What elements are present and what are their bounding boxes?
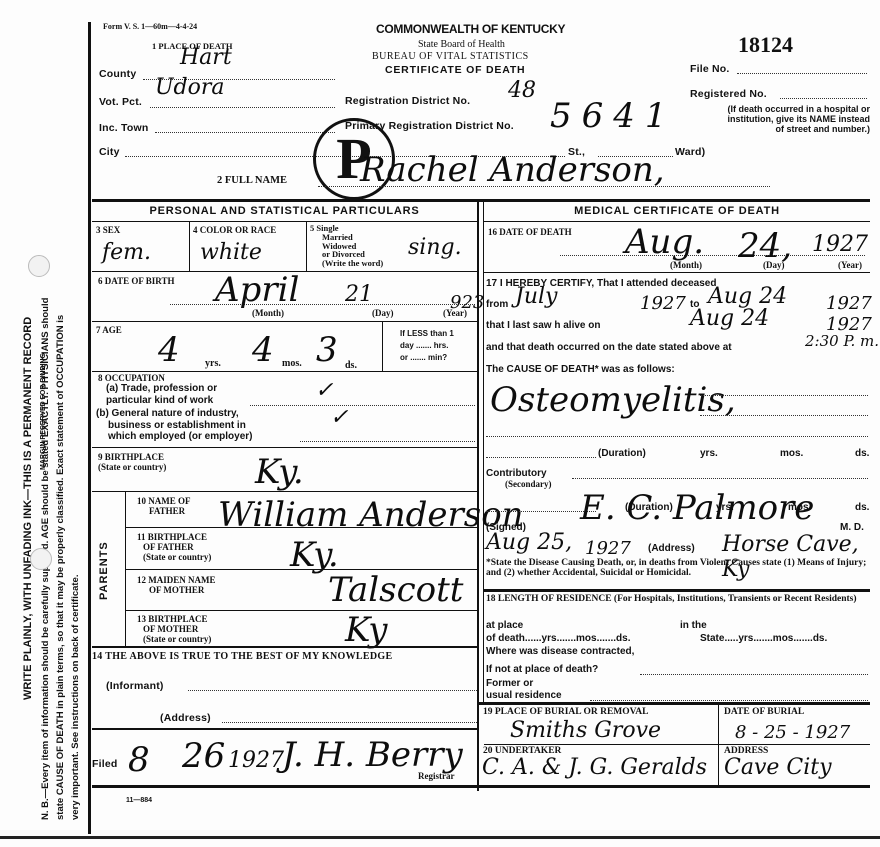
from-year: 1927 bbox=[640, 293, 686, 314]
commonwealth-title: COMMONWEALTH OF KENTUCKY bbox=[376, 22, 565, 36]
column-divider-inner bbox=[483, 199, 484, 702]
cell-divider bbox=[382, 321, 383, 371]
marital-value: sing. bbox=[408, 235, 462, 260]
mother-bp-label-3: (State or country) bbox=[137, 634, 211, 644]
dob-month: April bbox=[215, 270, 299, 310]
file-number-value: 18124 bbox=[738, 32, 793, 58]
cause-line bbox=[700, 395, 868, 396]
inc-town-label: Inc. Town bbox=[99, 122, 148, 134]
cause-line bbox=[700, 415, 868, 416]
vot-pct-label: Vot. Pct. bbox=[99, 96, 142, 108]
of-death-line: of death......yrs.......mos.......ds. bbox=[486, 633, 630, 644]
burial-place-value: Smiths Grove bbox=[510, 718, 661, 743]
page-bottom-edge bbox=[0, 836, 880, 839]
contributory-line bbox=[572, 478, 868, 479]
medical-section-title: MEDICAL CERTIFICATE OF DEATH bbox=[484, 205, 870, 217]
left-border bbox=[88, 22, 91, 834]
full-name-label: 2 FULL NAME bbox=[217, 175, 287, 186]
county-label: County bbox=[99, 68, 136, 80]
burial-place-label: 19 PLACE OF BURIAL OR REMOVAL bbox=[483, 707, 648, 717]
sex-label: 3 SEX bbox=[96, 225, 120, 235]
occ-a-line bbox=[250, 405, 475, 406]
father-label: 10 NAME OF FATHER bbox=[137, 496, 191, 516]
days-label: ds. bbox=[345, 360, 357, 371]
day-caption: (Day) bbox=[372, 308, 394, 318]
in-the-label: in the bbox=[680, 620, 707, 631]
signed-date: Aug 25, bbox=[486, 530, 572, 555]
state-line: State.....yrs.......mos.......ds. bbox=[700, 633, 827, 644]
informant-address-line bbox=[222, 722, 477, 723]
cell-divider bbox=[718, 704, 719, 786]
contributory-label: Contributory bbox=[486, 468, 547, 479]
filed-day: 26 bbox=[182, 736, 225, 776]
bottom-border bbox=[92, 785, 870, 788]
to-year: 1927 bbox=[826, 293, 872, 314]
month-caption: (Month) bbox=[252, 308, 284, 318]
marital-status-label: 5 Single Married Widowed or Divorced (Wr… bbox=[310, 224, 383, 268]
age-months: 4 bbox=[252, 330, 274, 370]
secondary-label: (Secondary) bbox=[505, 479, 552, 489]
father-bp-label-1: 11 BIRTHPLACE bbox=[137, 532, 211, 542]
vot-pct-value: Udora bbox=[155, 75, 225, 100]
cause-footnote: *State the Disease Causing Death, or, in… bbox=[486, 558, 870, 578]
file-number-line bbox=[737, 73, 867, 74]
city-label: City bbox=[99, 146, 120, 158]
occ-b-line-2: business or establishment in bbox=[96, 420, 252, 432]
father-birthplace-label: 11 BIRTHPLACE OF FATHER (State or countr… bbox=[137, 532, 211, 562]
occupation-label: 8 OCCUPATION bbox=[98, 373, 165, 383]
vot-pct-line bbox=[150, 107, 335, 108]
from-value: July bbox=[515, 284, 557, 309]
occ-b-line-1: (b) General nature of industry, bbox=[96, 408, 252, 420]
birthplace-hint: (State or country) bbox=[98, 462, 166, 472]
permanent-record-warning: WRITE PLAINLY, WITH UNFADING INK—THIS IS… bbox=[22, 317, 34, 700]
mother-birthplace-label: 13 BIRTHPLACE OF MOTHER (State or countr… bbox=[137, 614, 211, 644]
informant-address-label: (Address) bbox=[160, 712, 211, 724]
mother-label-2: OF MOTHER bbox=[137, 585, 216, 595]
mother-label-1: 12 MAIDEN NAME bbox=[137, 575, 216, 585]
duration-ds: ds. bbox=[855, 448, 869, 459]
burial-date-label: DATE OF BURIAL bbox=[724, 707, 804, 717]
usual-residence-line bbox=[590, 700, 868, 701]
physician-address-label: (Address) bbox=[648, 543, 695, 554]
where-contracted-label: Where was disease contracted, bbox=[486, 646, 634, 657]
row-line bbox=[125, 527, 477, 528]
sex-value: fem. bbox=[102, 240, 151, 265]
county-value: Hart bbox=[180, 45, 232, 70]
age-days: 3 bbox=[316, 330, 338, 370]
mother-label: 12 MAIDEN NAME OF MOTHER bbox=[137, 575, 216, 595]
row-line bbox=[125, 610, 477, 611]
undertaker-address-value: Cave City bbox=[724, 755, 832, 780]
row-line bbox=[484, 589, 870, 592]
birthplace-value: Ky. bbox=[255, 452, 304, 492]
dod-year-caption: (Year) bbox=[838, 260, 862, 270]
row-line bbox=[484, 272, 870, 273]
form-number: Form V. S. 1—60m—4-4-24 bbox=[103, 22, 197, 31]
months-label: mos. bbox=[282, 358, 302, 369]
row-line bbox=[92, 646, 477, 648]
former-label: Former or bbox=[486, 678, 533, 689]
occ-b-line-3: which employed (or employer) bbox=[96, 431, 252, 443]
birthplace-label: 9 BIRTHPLACE (State or country) bbox=[98, 452, 166, 472]
dod-month-caption: (Month) bbox=[670, 260, 702, 270]
occupation-b-value: ✓ bbox=[330, 405, 348, 430]
registration-district-label: Registration District No. bbox=[345, 95, 470, 107]
death-time-value: 2:30 P. m. bbox=[805, 332, 879, 350]
death-month: Aug. bbox=[625, 222, 704, 262]
if-not-line bbox=[640, 674, 868, 675]
last-saw-label: that I last saw h alive on bbox=[486, 320, 600, 331]
informant-label: (Informant) bbox=[106, 680, 164, 692]
occ-a-line-2: particular kind of work bbox=[106, 395, 217, 407]
at-place-label: at place bbox=[486, 620, 523, 631]
occupation-b-label: (b) General nature of industry, business… bbox=[96, 408, 252, 443]
cause-of-death-label: The CAUSE OF DEATH* was as follows: bbox=[486, 364, 675, 375]
occupation-a-label: (a) Trade, profession or particular kind… bbox=[106, 383, 217, 406]
dob-label: 6 DATE OF BIRTH bbox=[98, 276, 174, 286]
race-value: white bbox=[200, 240, 262, 265]
bureau-title: BUREAU OF VITAL STATISTICS bbox=[372, 51, 529, 62]
punch-hole-icon bbox=[28, 255, 50, 277]
occ-b-line bbox=[300, 441, 475, 442]
cause-of-death-value: Osteomyelitis, bbox=[490, 380, 736, 420]
if-not-label: If not at place of death? bbox=[486, 664, 598, 675]
undertaker-value: C. A. & J. G. Geralds bbox=[482, 755, 707, 780]
from-label: from bbox=[486, 299, 508, 310]
ward-label: Ward) bbox=[675, 146, 705, 158]
cell-divider bbox=[189, 221, 190, 271]
certificate-title: CERTIFICATE OF DEATH bbox=[385, 64, 525, 76]
age-label: 7 AGE bbox=[96, 325, 122, 335]
marital-hint: (Write the word) bbox=[310, 259, 383, 268]
dob-day: 21 bbox=[345, 282, 373, 307]
birthplace-title: 9 BIRTHPLACE bbox=[98, 452, 166, 462]
row-line bbox=[92, 221, 477, 222]
father-label-1: 10 NAME OF bbox=[137, 496, 191, 506]
row-line bbox=[92, 728, 477, 730]
filed-month: 8 bbox=[128, 740, 150, 780]
parents-label: PARENTS bbox=[98, 541, 110, 600]
registrar-label: Registrar bbox=[418, 771, 454, 781]
death-certificate: MARGIN RESERVED FOR BINDING WRITE PLAINL… bbox=[0, 0, 880, 847]
death-year: 1927 bbox=[812, 232, 868, 257]
mother-maiden-name-value: Talscott bbox=[328, 570, 463, 610]
personal-section-title: PERSONAL AND STATISTICAL PARTICULARS bbox=[92, 205, 477, 217]
duration-mos: mos. bbox=[780, 448, 803, 459]
row-line bbox=[92, 371, 477, 372]
father-bp-label-2: OF FATHER bbox=[137, 542, 211, 552]
last-saw-value: Aug 24 bbox=[690, 306, 769, 331]
mother-bp-label-1: 13 BIRTHPLACE bbox=[137, 614, 211, 624]
instruction-note-2: state CAUSE OF DEATH in plain terms, so … bbox=[55, 315, 66, 820]
signed-year: 1927 bbox=[585, 538, 631, 559]
duration-line bbox=[486, 457, 596, 458]
less-than-line-2: day ....... hrs. bbox=[400, 340, 454, 352]
hospital-note: (If death occurred in a hospital or inst… bbox=[725, 104, 870, 134]
dod-day-caption: (Day) bbox=[763, 260, 785, 270]
filed-label: Filed bbox=[92, 758, 118, 770]
full-name-value: Rachel Anderson, bbox=[360, 150, 665, 190]
row-line bbox=[92, 491, 477, 492]
burial-date-value: 8 - 25 - 1927 bbox=[735, 722, 850, 743]
duration-yrs: yrs. bbox=[700, 448, 718, 459]
registered-number-label: Registered No. bbox=[690, 88, 767, 100]
cell-divider bbox=[306, 221, 307, 271]
usual-residence-label: usual residence bbox=[486, 690, 562, 701]
true-statement: 14 THE ABOVE IS TRUE TO THE BEST OF MY K… bbox=[92, 651, 392, 662]
row-line bbox=[92, 447, 477, 448]
registrar-signature: J. H. Berry bbox=[282, 735, 463, 775]
instruction-note-3: very important. See instructions on back… bbox=[70, 575, 81, 820]
row-line bbox=[92, 321, 477, 322]
occ-a-line-1: (a) Trade, profession or bbox=[106, 383, 217, 395]
informant-line bbox=[188, 690, 477, 691]
duration-label: (Duration) bbox=[598, 448, 646, 459]
filed-year: 1927 bbox=[228, 748, 284, 773]
father-name-value: William Anderson bbox=[218, 495, 524, 535]
mother-bp-label-2: OF MOTHER bbox=[137, 624, 211, 634]
date-of-death-label: 16 DATE OF DEATH bbox=[488, 227, 572, 237]
footer-code: 11—884 bbox=[126, 797, 152, 804]
file-number-label: File No. bbox=[690, 63, 730, 75]
row-line bbox=[478, 702, 870, 705]
mother-birthplace-value: Ky bbox=[345, 610, 387, 650]
physician-signature: E. C. Palmore bbox=[580, 488, 814, 528]
father-bp-label-3: (State or country) bbox=[137, 552, 211, 562]
race-label: 4 COLOR OR RACE bbox=[193, 225, 276, 235]
years-label: yrs. bbox=[205, 358, 221, 369]
registration-district-value: 48 bbox=[508, 78, 536, 103]
less-than-line-3: or ....... min? bbox=[400, 352, 454, 364]
cause-line bbox=[486, 436, 868, 437]
residence-label: 18 LENGTH OF RESIDENCE (For Hospitals, I… bbox=[486, 593, 870, 605]
occupation-a-value: ✓ bbox=[315, 378, 333, 403]
board-of-health: State Board of Health bbox=[418, 39, 505, 50]
duration-ds-2: ds. bbox=[855, 502, 869, 513]
section-divider bbox=[92, 199, 870, 202]
punch-hole-icon bbox=[30, 548, 52, 570]
father-label-2: FATHER bbox=[137, 506, 191, 516]
less-than-line-1: If LESS than 1 bbox=[400, 328, 454, 340]
row-line bbox=[484, 744, 870, 745]
primary-registration-value: 5641 bbox=[550, 96, 677, 136]
less-than-day: If LESS than 1 day ....... hrs. or .....… bbox=[400, 328, 454, 364]
inc-town-line bbox=[155, 132, 335, 133]
age-years: 4 bbox=[158, 330, 180, 370]
death-time-label: and that death occurred on the date stat… bbox=[486, 342, 732, 353]
registered-number-line bbox=[780, 98, 867, 99]
year-caption: (Year) bbox=[443, 308, 467, 318]
